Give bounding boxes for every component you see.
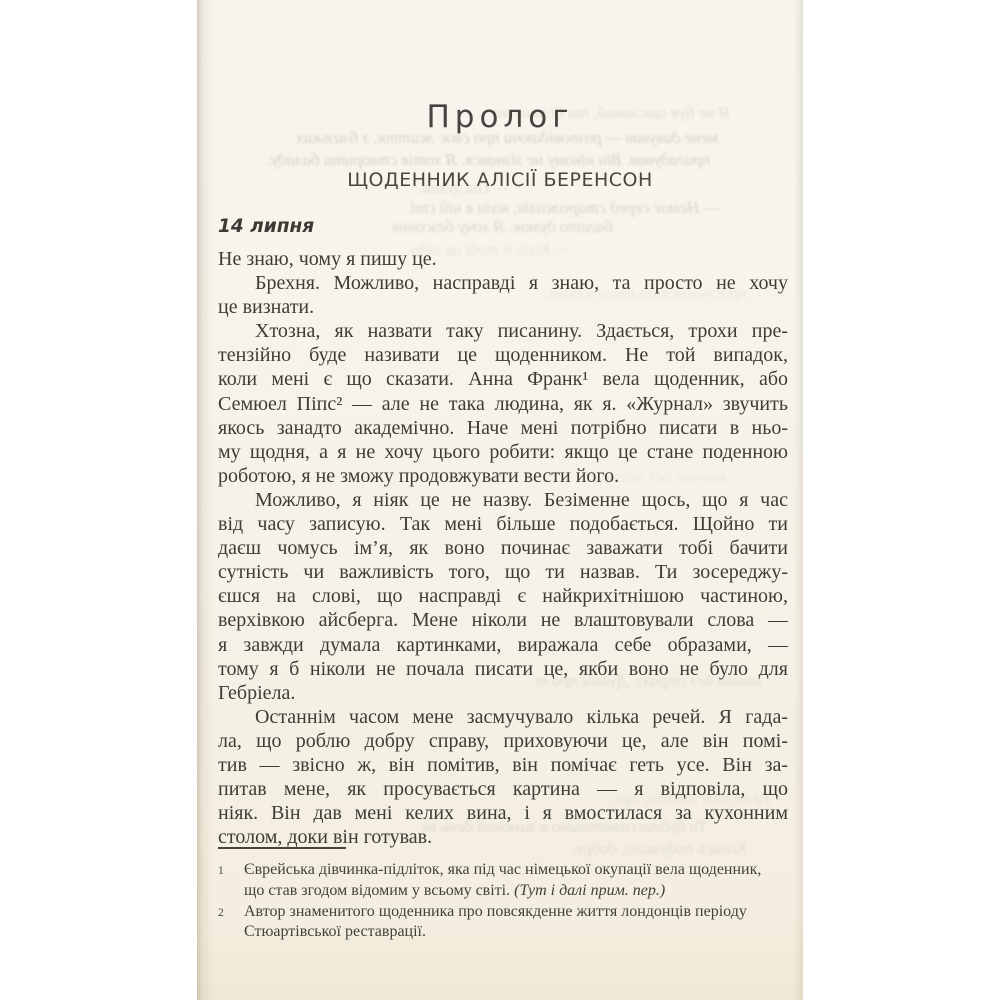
footnote-marker-2: 2 (218, 902, 244, 944)
body-line: столом, доки він готував. (218, 825, 788, 849)
body-line: Не знаю, чому я пишу це. (218, 247, 788, 271)
footnote-line-normal: що став згодом відомим у всьому світі. (244, 882, 514, 899)
footnote-line: Стюартівської реставрації. (244, 922, 796, 943)
chapter-title: Пролог (197, 100, 803, 134)
body-line: Останнім часом мене засмучувало кілька р… (218, 705, 788, 729)
footnotes: 1 Єврейська дівчинка-підліток, яка під ч… (218, 860, 796, 943)
body-line: питав мене, як просувається картина — я … (218, 777, 788, 801)
body-line: це визнати. (218, 295, 788, 319)
body-line: коли мені є що сказати. Анна Франк¹ вела… (218, 367, 788, 391)
bleedthrough-text: — Немає серед старожилів, коли в ній сті… (409, 199, 719, 217)
body-line: ніяк. Він дав мені келих вина, і я вмост… (218, 801, 788, 825)
body-line: я завжди думала картинками, виражала себ… (218, 633, 788, 657)
body-line: тензійно буде називати це щоденником. Не… (218, 343, 788, 367)
translator-note: (Тут і далі прим. пер.) (514, 882, 665, 899)
footnote-2-text: Автор знаменитого щоденника про повсякде… (244, 902, 796, 944)
entry-date: 14 липня (218, 216, 314, 237)
footnote-1-text: Єврейська дівчинка-підліток, яка під час… (244, 860, 796, 902)
book-page-scan: Я не був щасливий, та більше не повертав… (197, 0, 803, 1000)
body-line: роботою, я не зможу продовжувати вести й… (218, 464, 788, 488)
footnote-2: 2 Автор знаменитого щоденника про повсяк… (218, 902, 796, 944)
body-line: Брехня. Можливо, насправді я знаю, та пр… (218, 271, 788, 295)
footnote-divider (218, 847, 346, 849)
body-line: ла, що роблю добру справу, приховуючи це… (218, 729, 788, 753)
bleedthrough-text: багато думок. Я хочу безсоння в собі. (393, 218, 613, 236)
screenshot-canvas: Я не був щасливий, та більше не повертав… (0, 0, 1000, 1000)
diary-body: Не знаю, чому я пишу це.Брехня. Можливо,… (218, 247, 788, 849)
footnote-line: що став згодом відомим у всьому світі. (… (244, 881, 796, 902)
diary-heading: ЩОДЕННИК АЛІСІЇ БЕРЕНСОН (197, 169, 803, 191)
body-line: тому я б ніколи не почала писати це, якб… (218, 657, 788, 681)
body-line: Семюел Піпс² — але не така людина, як я.… (218, 392, 788, 416)
body-line: Хтозна, як назвати таку писанину. Здаєть… (218, 319, 788, 343)
footnote-marker-1: 1 (218, 860, 244, 902)
body-line: тив — звісно ж, він помітив, він помічає… (218, 753, 788, 777)
body-line: єшся на слові, що насправді є найкрихітн… (218, 584, 788, 608)
bleedthrough-text: пригадував. Він нікому не зізнався. Я хо… (213, 151, 710, 169)
body-line: сутність чи важливість того, що ти назва… (218, 560, 788, 584)
footnote-1: 1 Єврейська дівчинка-підліток, яка під ч… (218, 860, 796, 902)
body-line: Гебріела. (218, 681, 788, 705)
body-line: від часу записую. Так мені більше подоба… (218, 512, 788, 536)
body-line: верхівкою айсберга. Мене ніколи не влашт… (218, 608, 788, 632)
body-line: Можливо, я ніяк це не назву. Безіменне щ… (218, 488, 788, 512)
body-line: даєш чомусь ім’я, як воно починає заважа… (218, 536, 788, 560)
body-line: якось занадто академічно. Наче мені потр… (218, 416, 788, 440)
footnote-line: Єврейська дівчинка-підліток, яка під час… (244, 860, 796, 881)
footnote-line: Автор знаменитого щоденника про повсякде… (244, 902, 796, 923)
body-line: му щодня, а я не хочу цього робити: якщо… (218, 440, 788, 464)
